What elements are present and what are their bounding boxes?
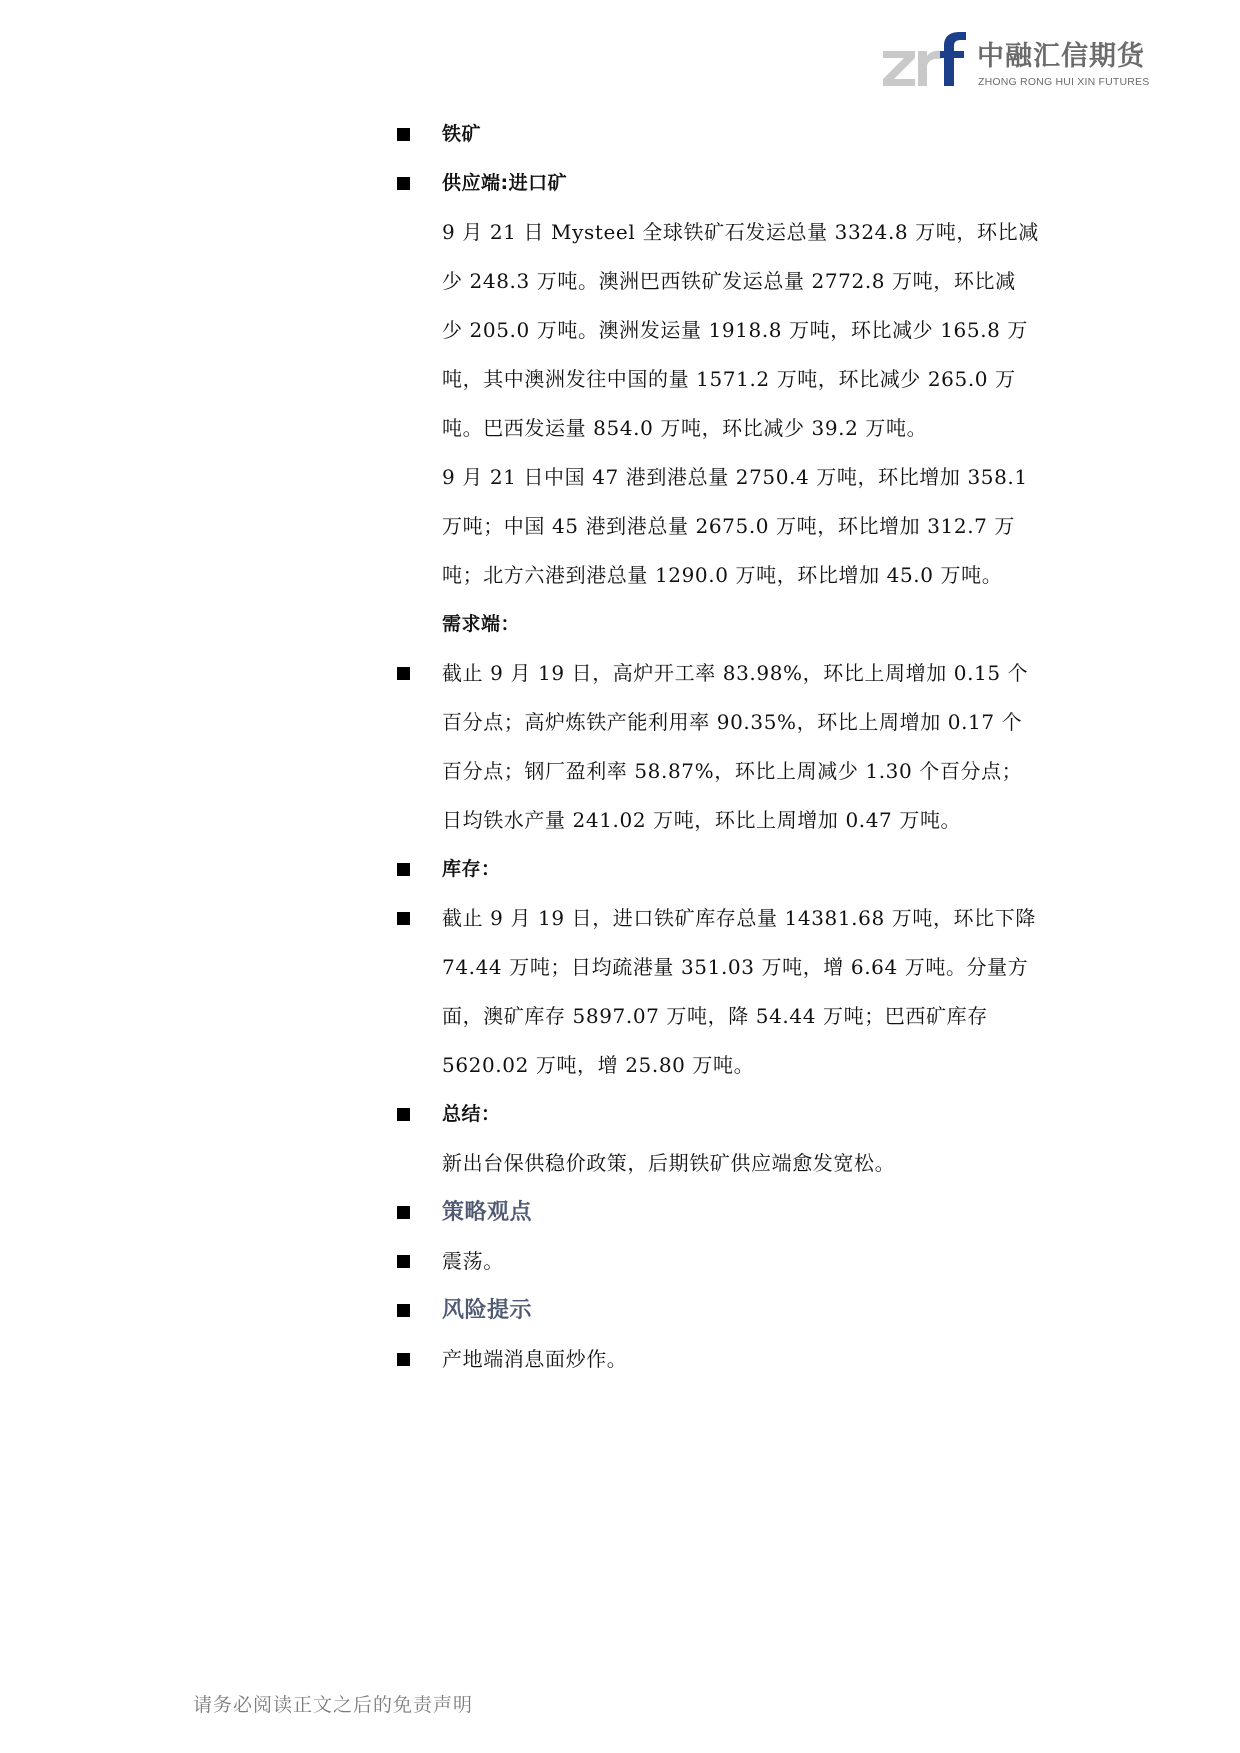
- line-text: 少 205.0 万吨。澳洲发运量 1918.8 万吨，环比减少 165.8 万: [442, 306, 1028, 355]
- paragraph-line: 少 248.3 万吨。澳洲巴西铁矿发运总量 2772.8 万吨，环比减: [396, 257, 1036, 306]
- paragraph-line: 少 205.0 万吨。澳洲发运量 1918.8 万吨，环比减少 165.8 万: [396, 306, 1036, 355]
- paragraph-line: 日均铁水产量 241.02 万吨，环比上周增加 0.47 万吨。: [396, 796, 1036, 845]
- heading-text: 铁矿: [442, 110, 481, 159]
- section-heading: 策略观点: [396, 1188, 1036, 1237]
- company-name-en: ZHONG RONG HUI XIN FUTURES: [978, 76, 1149, 88]
- square-bullet-icon: [397, 1108, 410, 1121]
- paragraph-line: 百分点；钢厂盈利率 58.87%，环比上周减少 1.30 个百分点；: [396, 747, 1036, 796]
- square-bullet-icon: [397, 1304, 410, 1317]
- line-text: 吨；北方六港到港总量 1290.0 万吨，环比增加 45.0 万吨。: [442, 551, 1002, 600]
- paragraph-line: 新出台保供稳价政策，后期铁矿供应端愈发宽松。: [396, 1139, 1036, 1188]
- line-text: 百分点；钢厂盈利率 58.87%，环比上周减少 1.30 个百分点；: [442, 747, 1022, 796]
- line-text: 9 月 21 日中国 47 港到港总量 2750.4 万吨，环比增加 358.1: [442, 453, 1028, 502]
- heading-text: 库存：: [442, 845, 501, 894]
- paragraph-line: 截止 9 月 19 日，进口铁矿库存总量 14381.68 万吨，环比下降: [396, 894, 1036, 943]
- line-text: 震荡。: [442, 1237, 504, 1286]
- section-heading: 库存：: [396, 845, 1036, 894]
- line-text: 面，澳矿库存 5897.07 万吨，降 54.44 万吨；巴西矿库存: [442, 992, 988, 1041]
- square-bullet-icon: [397, 128, 410, 141]
- line-text: 9 月 21 日 Mysteel 全球铁矿石发运总量 3324.8 万吨，环比减: [442, 208, 1039, 257]
- square-bullet-icon: [397, 912, 410, 925]
- square-bullet-icon: [397, 1353, 410, 1366]
- line-text: 截止 9 月 19 日，高炉开工率 83.98%，环比上周增加 0.15 个: [442, 649, 1028, 698]
- line-text: 吨。巴西发运量 854.0 万吨，环比减少 39.2 万吨。: [442, 404, 927, 453]
- heading-text: 需求端：: [442, 600, 520, 649]
- heading-text: 总结：: [442, 1090, 501, 1139]
- paragraph-line: 产地端消息面炒作。: [396, 1335, 1036, 1384]
- heading-text: 策略观点: [442, 1188, 532, 1237]
- paragraph-line: 震荡。: [396, 1237, 1036, 1286]
- line-text: 百分点；高炉炼铁产能利用率 90.35%，环比上周增加 0.17 个: [442, 698, 1022, 747]
- report-body: 铁矿供应端:进口矿9 月 21 日 Mysteel 全球铁矿石发运总量 3324…: [396, 110, 1036, 1384]
- line-text: 万吨；中国 45 港到港总量 2675.0 万吨，环比增加 312.7 万: [442, 502, 1015, 551]
- line-text: 5620.02 万吨，增 25.80 万吨。: [442, 1041, 754, 1090]
- paragraph-line: 万吨；中国 45 港到港总量 2675.0 万吨，环比增加 312.7 万: [396, 502, 1036, 551]
- paragraph-line: 5620.02 万吨，增 25.80 万吨。: [396, 1041, 1036, 1090]
- heading-text: 供应端:进口矿: [442, 159, 567, 208]
- square-bullet-icon: [397, 863, 410, 876]
- paragraph-line: 9 月 21 日 Mysteel 全球铁矿石发运总量 3324.8 万吨，环比减: [396, 208, 1036, 257]
- paragraph-line: 截止 9 月 19 日，高炉开工率 83.98%，环比上周增加 0.15 个: [396, 649, 1036, 698]
- heading-text: 风险提示: [442, 1286, 532, 1335]
- paragraph-line: 吨。巴西发运量 854.0 万吨，环比减少 39.2 万吨。: [396, 404, 1036, 453]
- paragraph-line: 百分点；高炉炼铁产能利用率 90.35%，环比上周增加 0.17 个: [396, 698, 1036, 747]
- square-bullet-icon: [397, 1255, 410, 1268]
- zrf-logo-mark-icon: [880, 28, 972, 94]
- section-heading: 风险提示: [396, 1286, 1036, 1335]
- square-bullet-icon: [397, 177, 410, 190]
- square-bullet-icon: [397, 1206, 410, 1219]
- company-name-cn: 中融汇信期货: [977, 42, 1145, 72]
- company-logo: 中融汇信期货 ZHONG RONG HUI XIN FUTURES: [880, 28, 1170, 94]
- line-text: 74.44 万吨；日均疏港量 351.03 万吨，增 6.64 万吨。分量方: [442, 943, 1028, 992]
- line-text: 日均铁水产量 241.02 万吨，环比上周增加 0.47 万吨。: [442, 796, 961, 845]
- paragraph-line: 9 月 21 日中国 47 港到港总量 2750.4 万吨，环比增加 358.1: [396, 453, 1036, 502]
- section-heading: 总结：: [396, 1090, 1036, 1139]
- line-text: 截止 9 月 19 日，进口铁矿库存总量 14381.68 万吨，环比下降: [442, 894, 1036, 943]
- line-text: 产地端消息面炒作。: [442, 1335, 627, 1384]
- paragraph-line: 74.44 万吨；日均疏港量 351.03 万吨，增 6.64 万吨。分量方: [396, 943, 1036, 992]
- paragraph-line: 吨；北方六港到港总量 1290.0 万吨，环比增加 45.0 万吨。: [396, 551, 1036, 600]
- square-bullet-icon: [397, 667, 410, 680]
- line-text: 少 248.3 万吨。澳洲巴西铁矿发运总量 2772.8 万吨，环比减: [442, 257, 1016, 306]
- paragraph-line: 吨，其中澳洲发往中国的量 1571.2 万吨，环比减少 265.0 万: [396, 355, 1036, 404]
- line-text: 新出台保供稳价政策，后期铁矿供应端愈发宽松。: [442, 1139, 895, 1188]
- section-heading: 需求端：: [396, 600, 1036, 649]
- paragraph-line: 面，澳矿库存 5897.07 万吨，降 54.44 万吨；巴西矿库存: [396, 992, 1036, 1041]
- section-heading: 铁矿: [396, 110, 1036, 159]
- disclaimer-notice: 请务必阅读正文之后的免责声明: [193, 1690, 473, 1717]
- line-text: 吨，其中澳洲发往中国的量 1571.2 万吨，环比减少 265.0 万: [442, 355, 1016, 404]
- section-heading: 供应端:进口矿: [396, 159, 1036, 208]
